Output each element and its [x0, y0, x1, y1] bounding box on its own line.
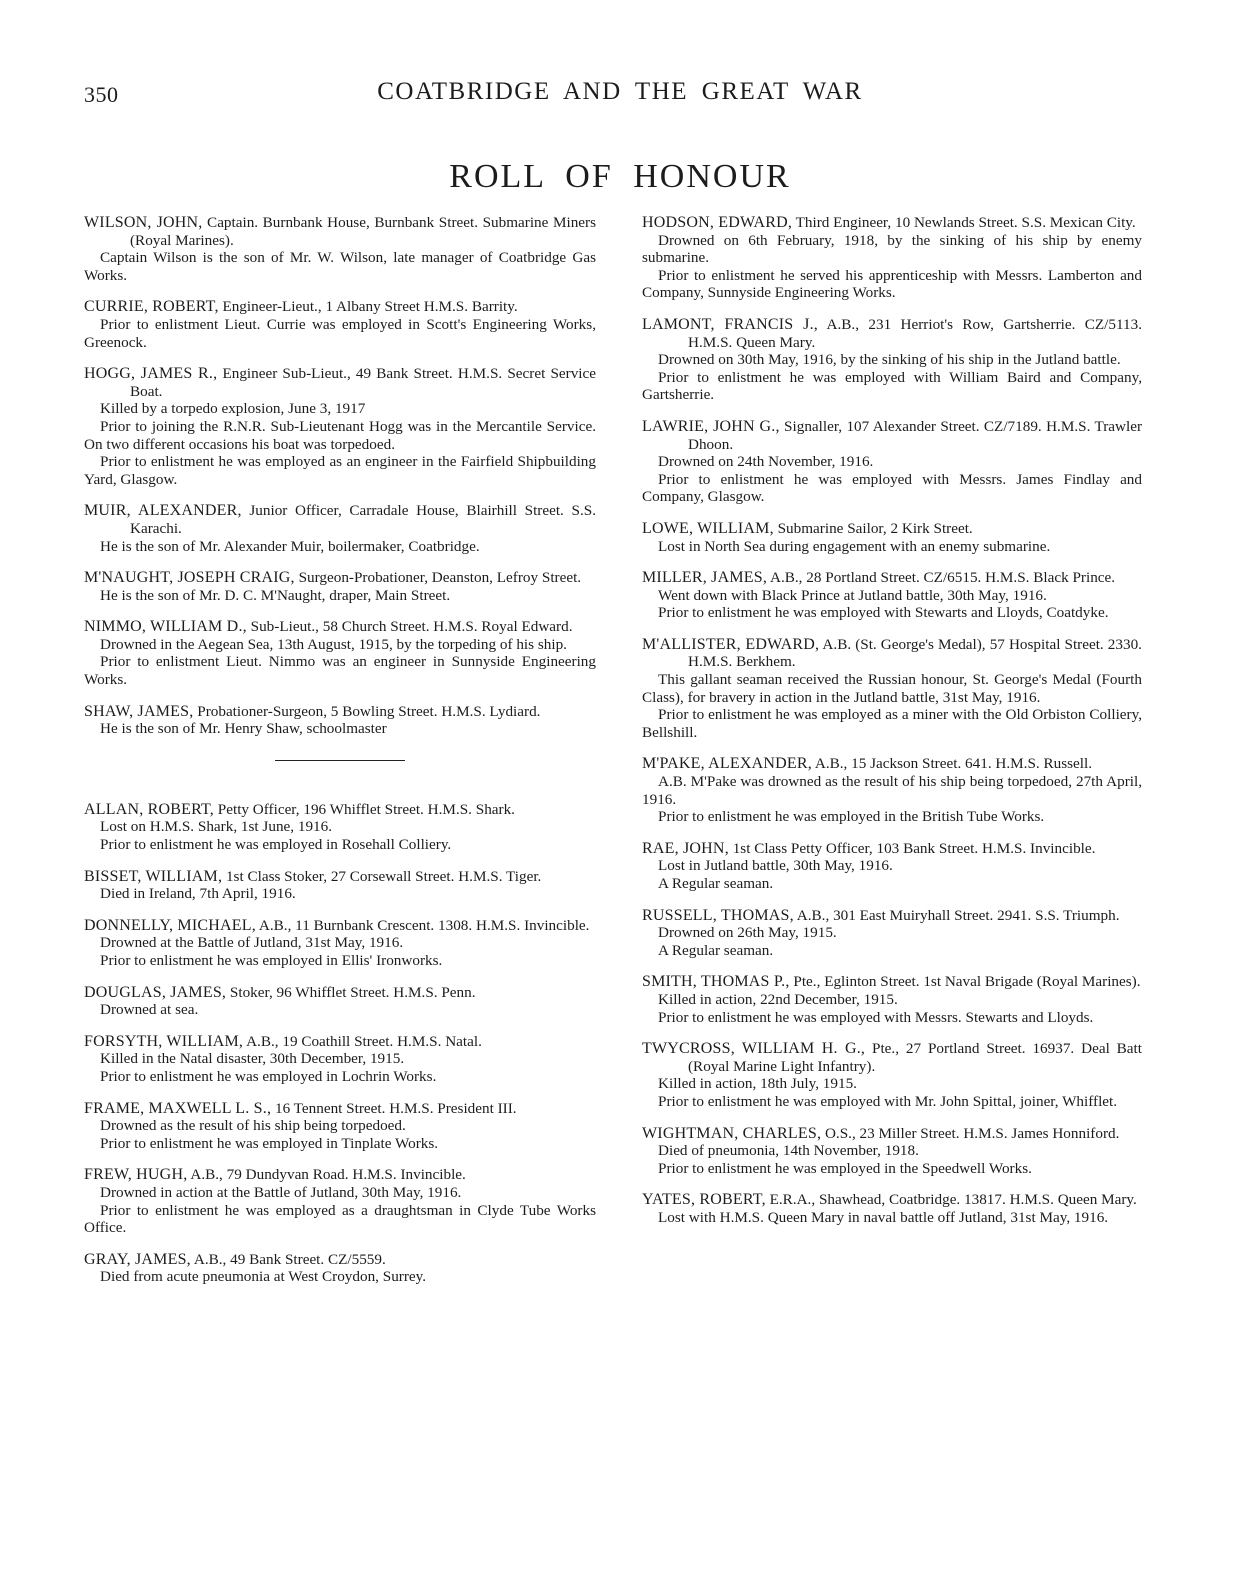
roll-entry: M'ALLISTER, EDWARD, A.B. (St. George's M… [642, 636, 1142, 742]
entry-heading: WIGHTMAN, CHARLES, O.S., 23 Miller Stree… [642, 1125, 1142, 1143]
roll-entry: LAWRIE, JOHN G., Signaller, 107 Alexande… [642, 418, 1142, 506]
entry-name: DOUGLAS, JAMES, [84, 984, 226, 1001]
entry-details: A.B., 15 Jackson Street. 641. H.M.S. Rus… [812, 755, 1092, 772]
entry-paragraph: Prior to enlistment he served his appren… [642, 267, 1142, 302]
entry-paragraph: Lost in Jutland battle, 30th May, 1916. [642, 857, 1142, 875]
entry-details: A.B., 19 Coathill Street. H.M.S. Natal. [243, 1033, 482, 1050]
entry-name: M'PAKE, ALEXANDER, [642, 755, 812, 772]
entry-paragraph: Prior to enlistment he was employed with… [642, 471, 1142, 506]
entry-heading: WILSON, JOHN, Captain. Burnbank House, B… [84, 214, 596, 249]
entry-paragraph: Lost with H.M.S. Queen Mary in naval bat… [642, 1209, 1142, 1227]
entry-details: Probationer-Surgeon, 5 Bowling Street. H… [193, 703, 540, 720]
entry-details: Third Engineer, 10 Newlands Street. S.S.… [792, 214, 1136, 231]
roll-entry: HOGG, JAMES R., Engineer Sub-Lieut., 49 … [84, 365, 596, 488]
entry-name: MILLER, JAMES, [642, 569, 767, 586]
entry-name: HOGG, JAMES R., [84, 365, 217, 382]
entry-name: BISSET, WILLIAM, [84, 868, 222, 885]
roll-entry: DONNELLY, MICHAEL, A.B., 11 Burnbank Cre… [84, 917, 596, 970]
entry-details: Surgeon-Probationer, Deanston, Lefroy St… [295, 569, 581, 586]
entry-group-2: ALLAN, ROBERT, Petty Officer, 196 Whiffl… [84, 801, 596, 1286]
entry-heading: MILLER, JAMES, A.B., 28 Portland Street.… [642, 569, 1142, 587]
entry-paragraph: Prior to enlistment he was employed as a… [84, 453, 596, 488]
entry-name: WILSON, JOHN, [84, 214, 202, 231]
roll-entry: MUIR, ALEXANDER, Junior Officer, Carrada… [84, 502, 596, 555]
entry-details: Sub-Lieut., 58 Church Street. H.M.S. Roy… [247, 618, 573, 635]
roll-entry: SMITH, THOMAS P., Pte., Eglinton Street.… [642, 973, 1142, 1026]
entry-paragraph: He is the son of Mr. Alexander Muir, boi… [84, 538, 596, 556]
entry-paragraph: He is the son of Mr. D. C. M'Naught, dra… [84, 587, 596, 605]
roll-entry: FREW, HUGH, A.B., 79 Dundyvan Road. H.M.… [84, 1166, 596, 1236]
entry-paragraph: Died from acute pneumonia at West Croydo… [84, 1268, 596, 1286]
entry-details: Pte., Eglinton Street. 1st Naval Brigade… [790, 973, 1141, 990]
entry-paragraph: Drowned on 24th November, 1916. [642, 453, 1142, 471]
entry-heading: DONNELLY, MICHAEL, A.B., 11 Burnbank Cre… [84, 917, 596, 935]
entry-paragraph: Died of pneumonia, 14th November, 1918. [642, 1142, 1142, 1160]
entry-details: Engineer-Lieut., 1 Albany Street H.M.S. … [219, 298, 518, 315]
roll-entry: YATES, ROBERT, E.R.A., Shawhead, Coatbri… [642, 1191, 1142, 1226]
entry-paragraph: Prior to enlistment he was employed with… [642, 604, 1142, 622]
entry-paragraph: Died in Ireland, 7th April, 1916. [84, 885, 596, 903]
entry-paragraph: Lost on H.M.S. Shark, 1st June, 1916. [84, 818, 596, 836]
entry-paragraph: Prior to enlistment he was employed in E… [84, 952, 596, 970]
roll-entry: GRAY, JAMES, A.B., 49 Bank Street. CZ/55… [84, 1251, 596, 1286]
entry-paragraph: Prior to enlistment he was employed with… [642, 1009, 1142, 1027]
entry-paragraph: A Regular seaman. [642, 942, 1142, 960]
entry-heading: RAE, JOHN, 1st Class Petty Officer, 103 … [642, 840, 1142, 858]
entry-paragraph: Prior to joining the R.N.R. Sub-Lieutena… [84, 418, 596, 453]
entry-heading: FREW, HUGH, A.B., 79 Dundyvan Road. H.M.… [84, 1166, 596, 1184]
entry-details: E.R.A., Shawhead, Coatbridge. 13817. H.M… [766, 1191, 1137, 1208]
entry-details: 1st Class Stoker, 27 Corsewall Street. H… [222, 868, 541, 885]
entry-paragraph: This gallant seaman received the Russian… [642, 671, 1142, 706]
roll-entry: FRAME, MAXWELL L. S., 16 Tennent Street.… [84, 1100, 596, 1153]
entry-name: HODSON, EDWARD, [642, 214, 792, 231]
roll-entry: TWYCROSS, WILLIAM H. G., Pte., 27 Portla… [642, 1040, 1142, 1110]
roll-entry: WILSON, JOHN, Captain. Burnbank House, B… [84, 214, 596, 284]
entry-paragraph: Drowned on 6th February, 1918, by the si… [642, 232, 1142, 267]
entry-name: YATES, ROBERT, [642, 1191, 766, 1208]
entry-group-1: WILSON, JOHN, Captain. Burnbank House, B… [84, 214, 596, 738]
entry-name: TWYCROSS, WILLIAM H. G., [642, 1040, 865, 1057]
entry-heading: HOGG, JAMES R., Engineer Sub-Lieut., 49 … [84, 365, 596, 400]
entry-paragraph: Went down with Black Prince at Jutland b… [642, 587, 1142, 605]
entry-heading: BISSET, WILLIAM, 1st Class Stoker, 27 Co… [84, 868, 596, 886]
entry-heading: DOUGLAS, JAMES, Stoker, 96 Whifflet Stre… [84, 984, 596, 1002]
roll-entry: DOUGLAS, JAMES, Stoker, 96 Whifflet Stre… [84, 984, 596, 1019]
entry-name: LOWE, WILLIAM, [642, 520, 774, 537]
entry-name: CURRIE, ROBERT, [84, 298, 219, 315]
entry-paragraph: He is the son of Mr. Henry Shaw, schoolm… [84, 720, 596, 738]
entry-paragraph: Drowned on 26th May, 1915. [642, 924, 1142, 942]
entry-name: MUIR, ALEXANDER, [84, 502, 242, 519]
roll-entry: FORSYTH, WILLIAM, A.B., 19 Coathill Stre… [84, 1033, 596, 1086]
entry-name: NIMMO, WILLIAM D., [84, 618, 247, 635]
running-head: COATBRIDGE AND THE GREAT WAR [0, 78, 1240, 106]
entry-paragraph: Drowned at the Battle of Jutland, 31st M… [84, 934, 596, 952]
entry-name: WIGHTMAN, CHARLES, [642, 1125, 821, 1142]
roll-entry: WIGHTMAN, CHARLES, O.S., 23 Miller Stree… [642, 1125, 1142, 1178]
entry-paragraph: Drowned at sea. [84, 1001, 596, 1019]
entry-name: GRAY, JAMES, [84, 1251, 191, 1268]
entry-paragraph: Prior to enlistment Lieut. Currie was em… [84, 316, 596, 351]
entry-name: FRAME, MAXWELL L. S., [84, 1100, 271, 1117]
entry-paragraph: Prior to enlistment he was employed in t… [642, 808, 1142, 826]
section-title: ROLL OF HONOUR [0, 158, 1240, 196]
entry-details: Submarine Sailor, 2 Kirk Street. [774, 520, 973, 537]
roll-entry: RAE, JOHN, 1st Class Petty Officer, 103 … [642, 840, 1142, 893]
roll-entry: M'NAUGHT, JOSEPH CRAIG, Surgeon-Probatio… [84, 569, 596, 604]
entry-heading: SHAW, JAMES, Probationer-Surgeon, 5 Bowl… [84, 703, 596, 721]
roll-entry: SHAW, JAMES, Probationer-Surgeon, 5 Bowl… [84, 703, 596, 738]
entry-name: M'NAUGHT, JOSEPH CRAIG, [84, 569, 295, 586]
entry-details: Petty Officer, 196 Whifflet Street. H.M.… [214, 801, 515, 818]
entry-paragraph: Prior to enlistment he was employed as a… [642, 706, 1142, 741]
entry-heading: TWYCROSS, WILLIAM H. G., Pte., 27 Portla… [642, 1040, 1142, 1075]
entry-details: A.B., 11 Burnbank Crescent. 1308. H.M.S.… [256, 917, 590, 934]
entry-paragraph: Killed in action, 18th July, 1915. [642, 1075, 1142, 1093]
entry-heading: M'PAKE, ALEXANDER, A.B., 15 Jackson Stre… [642, 755, 1142, 773]
entry-name: ALLAN, ROBERT, [84, 801, 214, 818]
entry-heading: M'NAUGHT, JOSEPH CRAIG, Surgeon-Probatio… [84, 569, 596, 587]
roll-entry: BISSET, WILLIAM, 1st Class Stoker, 27 Co… [84, 868, 596, 903]
entry-name: LAWRIE, JOHN G., [642, 418, 780, 435]
entry-paragraph: Killed by a torpedo explosion, June 3, 1… [84, 400, 596, 418]
entry-paragraph: Prior to enlistment he was employed with… [642, 369, 1142, 404]
entry-paragraph: Lost in North Sea during engagement with… [642, 538, 1142, 556]
roll-entry: MILLER, JAMES, A.B., 28 Portland Street.… [642, 569, 1142, 622]
entry-paragraph: Drowned in action at the Battle of Jutla… [84, 1184, 596, 1202]
entry-heading: YATES, ROBERT, E.R.A., Shawhead, Coatbri… [642, 1191, 1142, 1209]
entry-name: SMITH, THOMAS P., [642, 973, 790, 990]
roll-entry: LAMONT, FRANCIS J., A.B., 231 Herriot's … [642, 316, 1142, 404]
entry-name: RUSSELL, THOMAS, [642, 907, 794, 924]
entry-paragraph: Prior to enlistment he was employed with… [642, 1093, 1142, 1111]
entry-name: M'ALLISTER, EDWARD, [642, 636, 819, 653]
entry-name: FREW, HUGH, [84, 1166, 187, 1183]
right-column: HODSON, EDWARD, Third Engineer, 10 Newla… [642, 214, 1142, 1241]
roll-entry: LOWE, WILLIAM, Submarine Sailor, 2 Kirk … [642, 520, 1142, 555]
entry-name: RAE, JOHN, [642, 840, 729, 857]
entry-details: A.B., 28 Portland Street. CZ/6515. H.M.S… [767, 569, 1115, 586]
entry-paragraph: Killed in action, 22nd December, 1915. [642, 991, 1142, 1009]
entry-heading: MUIR, ALEXANDER, Junior Officer, Carrada… [84, 502, 596, 537]
entry-paragraph: Prior to enlistment he was employed in R… [84, 836, 596, 854]
entry-group-right: HODSON, EDWARD, Third Engineer, 10 Newla… [642, 214, 1142, 1227]
entry-details: 1st Class Petty Officer, 103 Bank Street… [729, 840, 1096, 857]
section-divider [275, 760, 405, 761]
entry-name: LAMONT, FRANCIS J., [642, 316, 818, 333]
entry-heading: GRAY, JAMES, A.B., 49 Bank Street. CZ/55… [84, 1251, 596, 1269]
entry-paragraph: A Regular seaman. [642, 875, 1142, 893]
entry-details: A.B., 301 East Muiryhall Street. 2941. S… [794, 907, 1120, 924]
entry-paragraph: Prior to enlistment he was employed as a… [84, 1202, 596, 1237]
left-column: WILSON, JOHN, Captain. Burnbank House, B… [84, 214, 596, 1300]
entry-paragraph: Captain Wilson is the son of Mr. W. Wils… [84, 249, 596, 284]
entry-name: FORSYTH, WILLIAM, [84, 1033, 243, 1050]
entry-heading: FORSYTH, WILLIAM, A.B., 19 Coathill Stre… [84, 1033, 596, 1051]
entry-name: DONNELLY, MICHAEL, [84, 917, 256, 934]
entry-paragraph: Prior to enlistment Lieut. Nimmo was an … [84, 653, 596, 688]
entry-heading: SMITH, THOMAS P., Pte., Eglinton Street.… [642, 973, 1142, 991]
entry-details: A.B., 79 Dundyvan Road. H.M.S. Invincibl… [187, 1166, 465, 1183]
entry-details: 16 Tennent Street. H.M.S. President III. [271, 1100, 516, 1117]
entry-paragraph: Prior to enlistment he was employed in L… [84, 1068, 596, 1086]
roll-entry: NIMMO, WILLIAM D., Sub-Lieut., 58 Church… [84, 618, 596, 688]
entry-heading: FRAME, MAXWELL L. S., 16 Tennent Street.… [84, 1100, 596, 1118]
entry-name: SHAW, JAMES, [84, 703, 193, 720]
roll-entry: HODSON, EDWARD, Third Engineer, 10 Newla… [642, 214, 1142, 302]
entry-heading: CURRIE, ROBERT, Engineer-Lieut., 1 Alban… [84, 298, 596, 316]
entry-heading: RUSSELL, THOMAS, A.B., 301 East Muiryhal… [642, 907, 1142, 925]
entry-paragraph: Prior to enlistment he was employed in T… [84, 1135, 596, 1153]
entry-heading: LAWRIE, JOHN G., Signaller, 107 Alexande… [642, 418, 1142, 453]
entry-paragraph: Drowned in the Aegean Sea, 13th August, … [84, 636, 596, 654]
entry-heading: LOWE, WILLIAM, Submarine Sailor, 2 Kirk … [642, 520, 1142, 538]
entry-paragraph: Drowned as the result of his ship being … [84, 1117, 596, 1135]
entry-heading: HODSON, EDWARD, Third Engineer, 10 Newla… [642, 214, 1142, 232]
roll-entry: RUSSELL, THOMAS, A.B., 301 East Muiryhal… [642, 907, 1142, 960]
entry-paragraph: Drowned on 30th May, 1916, by the sinkin… [642, 351, 1142, 369]
roll-entry: M'PAKE, ALEXANDER, A.B., 15 Jackson Stre… [642, 755, 1142, 825]
entry-heading: ALLAN, ROBERT, Petty Officer, 196 Whiffl… [84, 801, 596, 819]
entry-paragraph: A.B. M'Pake was drowned as the result of… [642, 773, 1142, 808]
entry-details: Stoker, 96 Whifflet Street. H.M.S. Penn. [226, 984, 475, 1001]
entry-paragraph: Killed in the Natal disaster, 30th Decem… [84, 1050, 596, 1068]
entry-paragraph: Prior to enlistment he was employed in t… [642, 1160, 1142, 1178]
roll-entry: ALLAN, ROBERT, Petty Officer, 196 Whiffl… [84, 801, 596, 854]
entry-heading: NIMMO, WILLIAM D., Sub-Lieut., 58 Church… [84, 618, 596, 636]
entry-details: A.B., 49 Bank Street. CZ/5559. [191, 1251, 386, 1268]
roll-entry: CURRIE, ROBERT, Engineer-Lieut., 1 Alban… [84, 298, 596, 351]
entry-details: O.S., 23 Miller Street. H.M.S. James Hon… [821, 1125, 1119, 1142]
entry-heading: LAMONT, FRANCIS J., A.B., 231 Herriot's … [642, 316, 1142, 351]
entry-heading: M'ALLISTER, EDWARD, A.B. (St. George's M… [642, 636, 1142, 671]
